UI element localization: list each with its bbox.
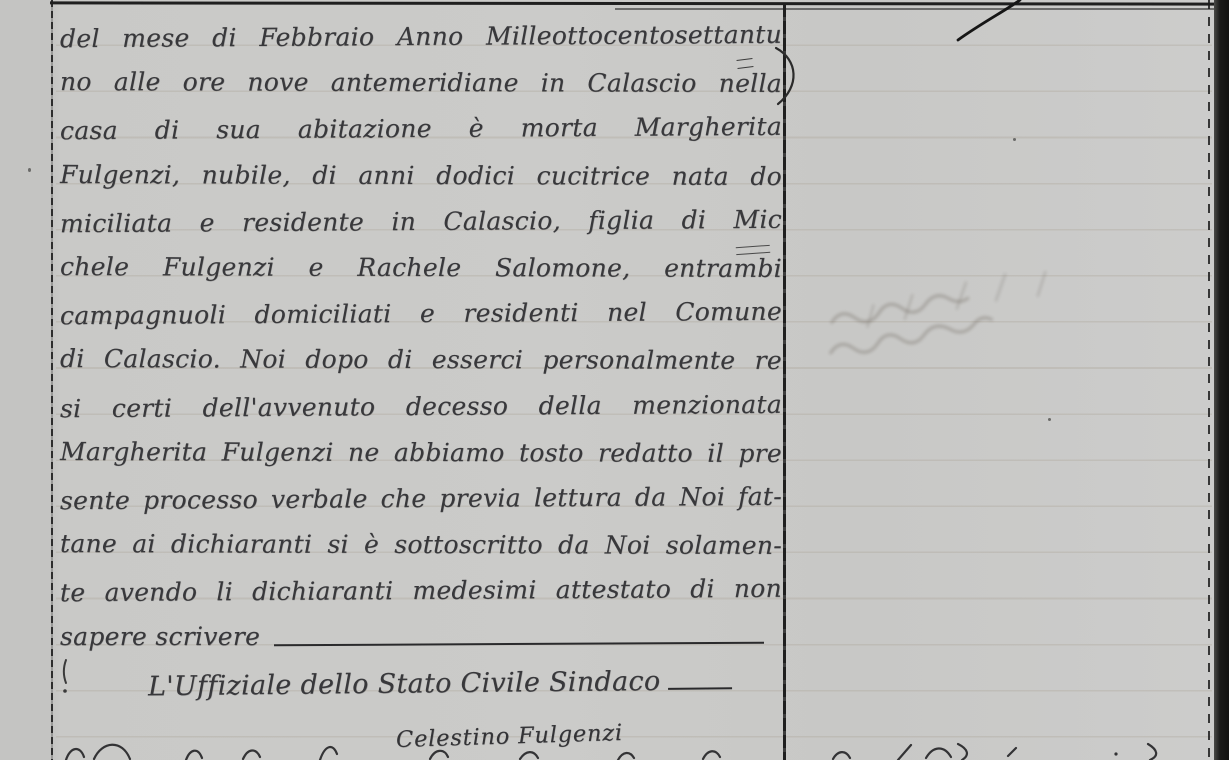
scan-gutter-edge [1214,0,1229,760]
handwritten-line-8: di Calascio. Noi dopo di esserci persona… [60,336,782,384]
handwritten-line-9: si certi dell'avvenuto decesso della men… [60,381,782,432]
handwritten-line-3: casa di sua abitazione è morta Margherit… [60,104,782,155]
handwritten-line-1: del mese di Febbraio Anno Milleottocento… [60,12,782,63]
ink-speck [1013,138,1016,141]
handwritten-line-13: te avendo li dichiaranti medesimi attest… [60,566,782,617]
column-divider-line [783,4,786,760]
record-text-column: del mese di Febbraio Anno Milleottocento… [60,14,782,757]
bleed-through-ghost-writing [817,250,1118,386]
handwritten-line-12: tane ai dichiaranti si è sottoscritto da… [60,521,782,569]
handwritten-line-7: campagnuoli domiciliati e residenti nel … [60,289,782,340]
officer-title-line: L'Uffiziale dello Stato Civile Sindaco [148,657,782,710]
handwritten-line-5: miciliata e residente in Calascio, figli… [60,197,782,248]
pen-stroke-mark [950,0,1030,42]
double-tick-mark [737,58,754,69]
right-edge-dashed-line [1208,0,1210,760]
handwritten-line-14: sapere scrivere [60,614,782,660]
top-frame-second-line [615,8,1229,10]
filler-rule-line [274,642,764,647]
officer-signature: Celestino Fulgenzi [395,705,782,760]
top-frame-line [50,1,1229,5]
officer-dash-line [669,687,733,690]
handwritten-line-2: no alle ore nove antemeridiane in Calasc… [60,59,782,107]
left-margin-rule [51,0,53,760]
handwritten-line-6: chele Fulgenzi e Rachele Salomone, entra… [60,244,782,292]
ink-speck [1048,418,1051,421]
handwritten-line-4: Fulgenzi, nubile, di anni dodici cucitri… [60,152,782,200]
handwritten-line-14-text: sapere scrivere [60,614,260,660]
handwritten-line-11: sente processo verbale che previa lettur… [60,474,782,525]
ink-speck [28,168,31,172]
officer-title-text: L'Uffiziale dello Stato Civile Sindaco [148,659,661,711]
scanned-record-page: del mese di Febbraio Anno Milleottocento… [0,0,1229,760]
handwritten-line-10: Margherita Fulgenzi ne abbiamo tosto red… [60,429,782,477]
